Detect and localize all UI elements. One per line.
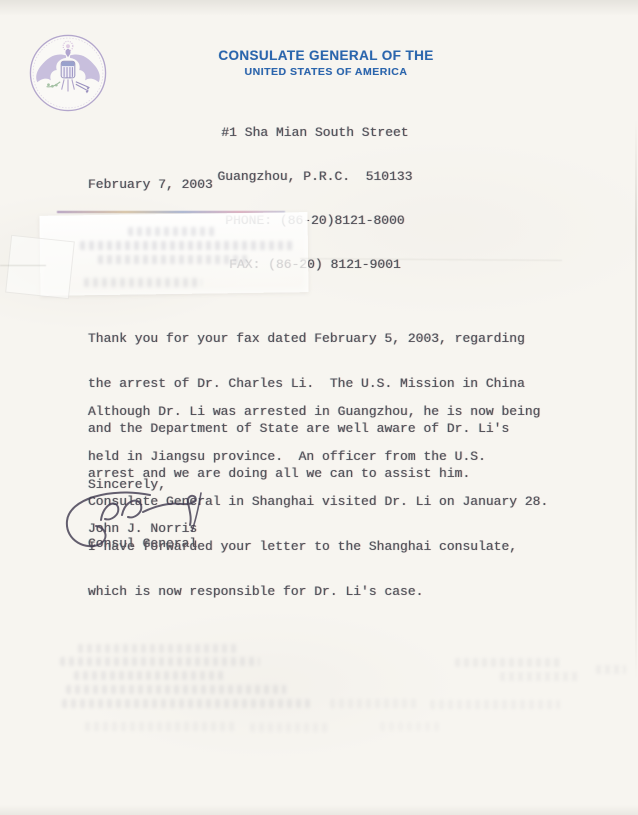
body-line: which is now responsible for Dr. Li's ca… bbox=[88, 584, 548, 599]
bleed-through-line bbox=[596, 665, 626, 674]
redacted-recipient-line bbox=[80, 241, 295, 250]
redacted-salutation-line bbox=[84, 278, 202, 287]
bleed-through-line bbox=[380, 722, 440, 731]
tape-corner bbox=[5, 235, 75, 299]
body-line: Thank you for your fax dated February 5,… bbox=[88, 331, 525, 346]
bleed-through-line bbox=[78, 644, 238, 653]
bleed-through-line bbox=[250, 723, 330, 732]
bleed-through-line bbox=[500, 672, 580, 681]
scan-edge-shadow bbox=[635, 120, 637, 680]
body-line: held in Jiangsu province. An officer fro… bbox=[88, 449, 548, 464]
us-great-seal-icon bbox=[28, 33, 108, 113]
body-line: Although Dr. Li was arrested in Guangzho… bbox=[88, 404, 548, 419]
letterhead-title-line1: CONSULATE GENERAL OF THE bbox=[176, 48, 476, 63]
handwritten-signature bbox=[55, 487, 220, 558]
bleed-through-line bbox=[330, 699, 420, 708]
bleed-through-line bbox=[455, 658, 563, 667]
address-line: #1 Sha Mian South Street bbox=[165, 126, 465, 140]
paper-crease bbox=[0, 265, 46, 266]
redacted-recipient-line bbox=[128, 227, 216, 236]
bleed-through-line bbox=[85, 722, 235, 731]
bleed-through-line bbox=[74, 671, 226, 680]
bleed-through-line bbox=[62, 699, 310, 708]
bleed-through-line bbox=[66, 685, 286, 694]
bleed-through-line bbox=[430, 700, 560, 709]
letterhead-title-line2: UNITED STATES OF AMERICA bbox=[176, 66, 476, 78]
redacted-recipient-line bbox=[98, 255, 248, 264]
bleed-through-line bbox=[60, 657, 260, 666]
letter-date: February 7, 2003 bbox=[88, 177, 213, 192]
scanned-letter-page: CONSULATE GENERAL OF THE UNITED STATES O… bbox=[0, 0, 638, 815]
